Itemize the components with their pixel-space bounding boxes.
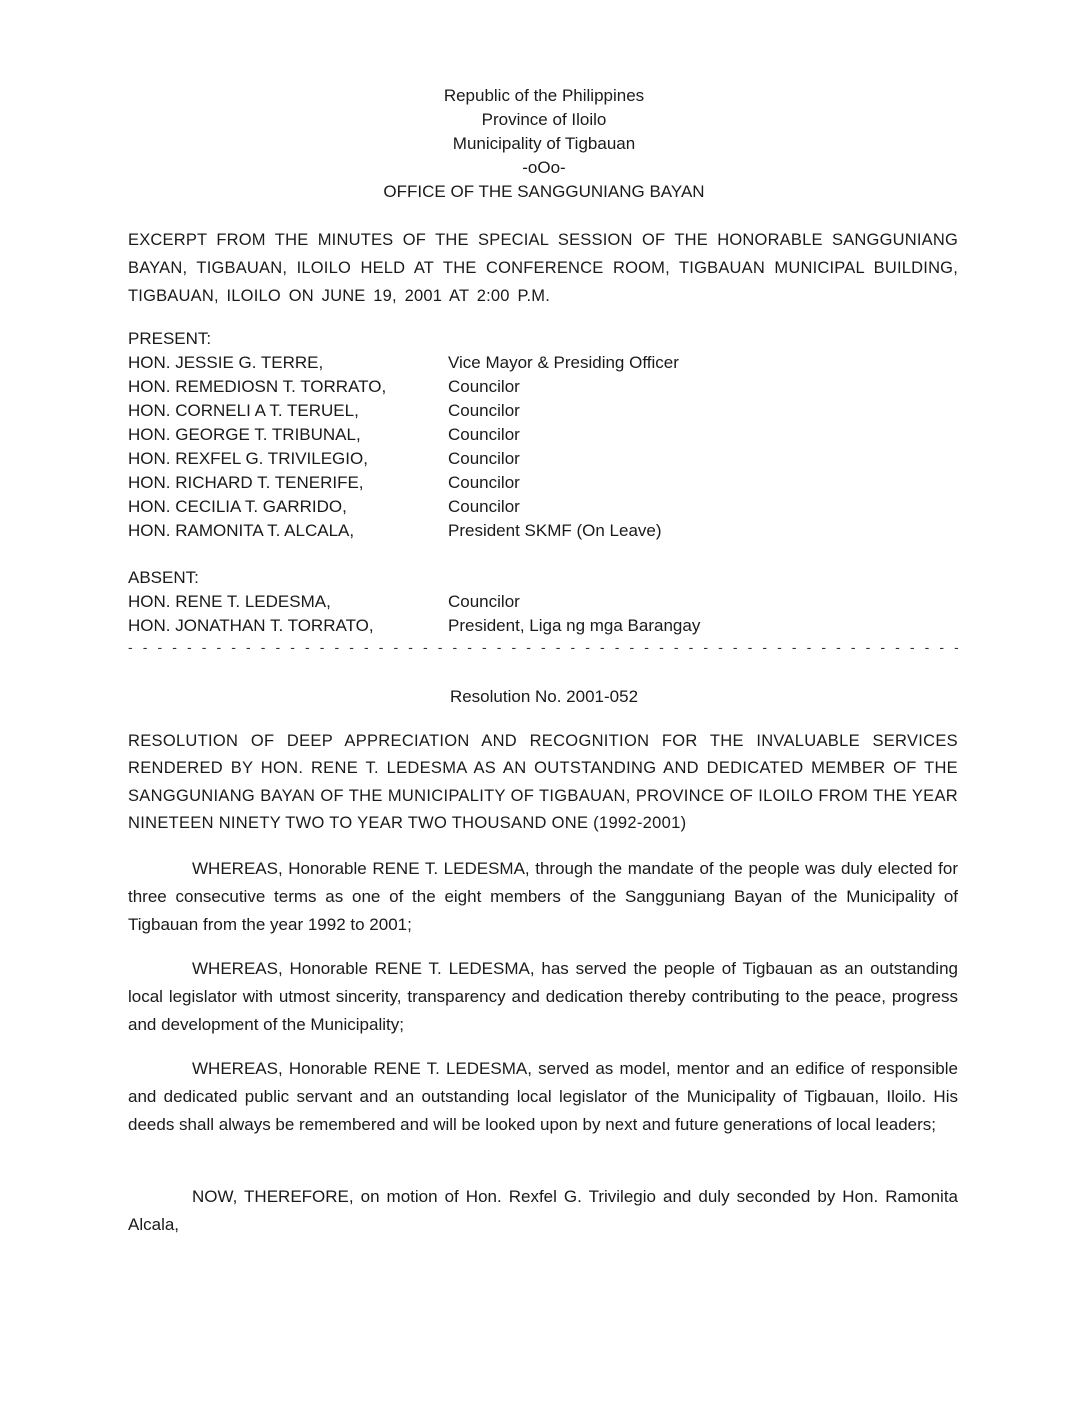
- header-office: OFFICE OF THE SANGGUNIANG BAYAN: [0, 180, 1088, 204]
- attendee-row: HON. JESSIE G. TERRE, Vice Mayor & Presi…: [128, 351, 958, 375]
- header-ornament: -oOo-: [0, 156, 1088, 180]
- whereas-paragraph-3: WHEREAS, Honorable RENE T. LEDESMA, serv…: [128, 1055, 958, 1139]
- attendee-name: HON. CECILIA T. GARRIDO,: [128, 495, 448, 519]
- minutes-excerpt-heading: EXCERPT FROM THE MINUTES OF THE SPECIAL …: [128, 226, 958, 310]
- present-label: PRESENT:: [128, 327, 958, 351]
- now-therefore-paragraph: NOW, THEREFORE, on motion of Hon. Rexfel…: [128, 1183, 958, 1239]
- present-list: PRESENT: HON. JESSIE G. TERRE, Vice Mayo…: [128, 327, 958, 543]
- attendee-role: Councilor: [448, 399, 958, 423]
- absent-label: ABSENT:: [128, 566, 958, 590]
- absentee-name: HON. RENE T. LEDESMA,: [128, 590, 448, 614]
- absentee-row: HON. RENE T. LEDESMA, Councilor: [128, 590, 958, 614]
- attendee-row: HON. REXFEL G. TRIVILEGIO, Councilor: [128, 447, 958, 471]
- header-country: Republic of the Philippines: [0, 84, 1088, 108]
- absentee-role: President, Liga ng mga Barangay: [448, 614, 958, 638]
- attendee-name: HON. JESSIE G. TERRE,: [128, 351, 448, 375]
- absentee-role: Councilor: [448, 590, 958, 614]
- attendee-row: HON. GEORGE T. TRIBUNAL, Councilor: [128, 423, 958, 447]
- attendee-name: HON. RICHARD T. TENERIFE,: [128, 471, 448, 495]
- attendee-name: HON. REMEDIOSN T. TORRATO,: [128, 375, 448, 399]
- attendee-role: Councilor: [448, 423, 958, 447]
- letterhead: Republic of the Philippines Province of …: [0, 84, 1088, 204]
- attendee-role: Councilor: [448, 447, 958, 471]
- attendee-row: HON. CECILIA T. GARRIDO, Councilor: [128, 495, 958, 519]
- attendee-row: HON. RAMONITA T. ALCALA, President SKMF …: [128, 519, 958, 543]
- header-municipality: Municipality of Tigbauan: [0, 132, 1088, 156]
- absentee-name: HON. JONATHAN T. TORRATO,: [128, 614, 448, 638]
- attendee-name: HON. CORNELI A T. TERUEL,: [128, 399, 448, 423]
- resolution-number: Resolution No. 2001-052: [0, 685, 1088, 709]
- attendee-row: HON. RICHARD T. TENERIFE, Councilor: [128, 471, 958, 495]
- attendee-name: HON. REXFEL G. TRIVILEGIO,: [128, 447, 448, 471]
- whereas-paragraph-1: WHEREAS, Honorable RENE T. LEDESMA, thro…: [128, 855, 958, 939]
- attendee-role: Councilor: [448, 375, 958, 399]
- attendee-name: HON. GEORGE T. TRIBUNAL,: [128, 423, 448, 447]
- attendee-role: Vice Mayor & Presiding Officer: [448, 351, 958, 375]
- absent-list: ABSENT: HON. RENE T. LEDESMA, Councilor …: [128, 566, 958, 638]
- attendee-row: HON. REMEDIOSN T. TORRATO, Councilor: [128, 375, 958, 399]
- dashed-divider: - - - - - - - - - - - - - - - - - - - - …: [128, 640, 958, 654]
- whereas-paragraph-2: WHEREAS, Honorable RENE T. LEDESMA, has …: [128, 955, 958, 1039]
- absentee-row: HON. JONATHAN T. TORRATO, President, Lig…: [128, 614, 958, 638]
- attendee-name: HON. RAMONITA T. ALCALA,: [128, 519, 448, 543]
- attendee-role: Councilor: [448, 495, 958, 519]
- header-province: Province of Iloilo: [0, 108, 1088, 132]
- resolution-title: RESOLUTION OF DEEP APPRECIATION AND RECO…: [128, 728, 958, 837]
- document-page: Republic of the Philippines Province of …: [0, 0, 1088, 1408]
- attendee-row: HON. CORNELI A T. TERUEL, Councilor: [128, 399, 958, 423]
- attendee-role: President SKMF (On Leave): [448, 519, 958, 543]
- attendee-role: Councilor: [448, 471, 958, 495]
